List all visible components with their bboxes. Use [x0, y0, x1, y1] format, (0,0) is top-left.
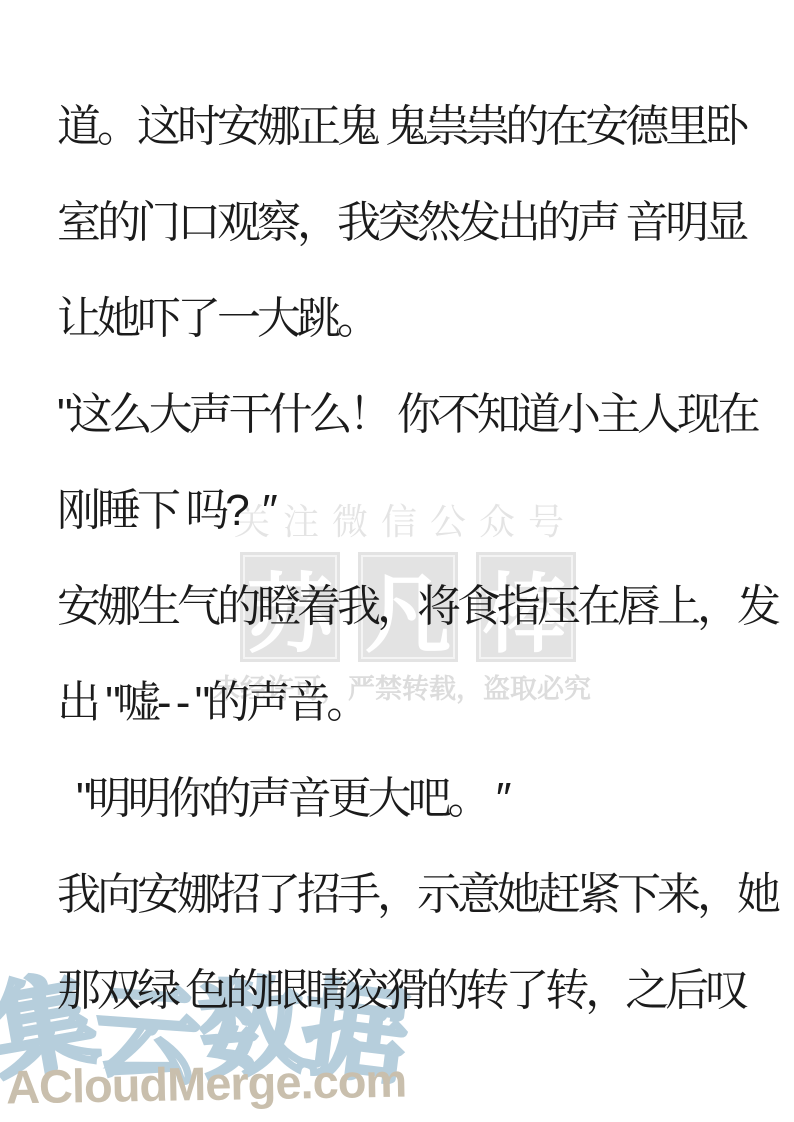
- text-line: "明明你的声音更大吧。 ″: [76, 775, 507, 823]
- text-line: 刚睡下 吗? ″: [57, 487, 274, 535]
- text-line: 我向安娜招了招手，示意她赶紧下来，她: [57, 871, 777, 919]
- text-line: 室的门口观察，我突然发出的声 音明显: [57, 199, 745, 247]
- text-line: 安娜生气的瞪着我，将食指压在唇上，发: [57, 583, 777, 631]
- wechat-follow-watermark: 关注微信公众号: [234, 494, 577, 545]
- text-line: 道。这时安娜正鬼 鬼祟祟的在安德里卧: [57, 103, 745, 151]
- text-line: "这么大声干什么！ 你不知道小主人现在: [57, 391, 757, 439]
- novel-text-page: 关注微信公众号 苏 凡 棒 未经许可，严禁转载，盗取必究 道。这时安娜正鬼 鬼祟…: [0, 0, 794, 1122]
- text-line: 出 "嘘- - "的声音。: [57, 679, 366, 727]
- text-line: 让她吓了一大跳。: [57, 295, 377, 343]
- site-url-watermark: ACloudMerge.com: [6, 1053, 407, 1115]
- text-line: 那双绿 色的眼睛狡猾的转了转，之后叹: [57, 967, 745, 1015]
